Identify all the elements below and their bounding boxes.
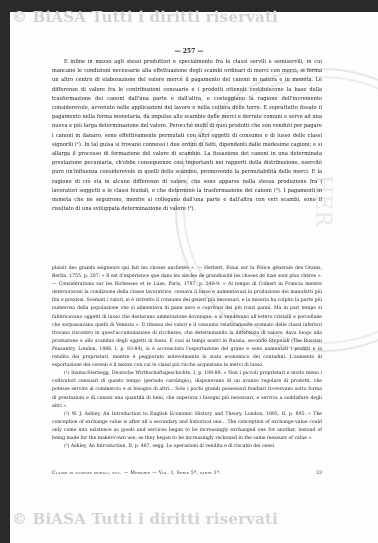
- page-footer: Classe di scienze morali, ecc. — Memorie…: [52, 471, 322, 476]
- copyright-watermark-top: © BiASA Tutti i diritti riservati: [12, 8, 278, 26]
- scan-border-left: [0, 0, 10, 543]
- footnote-2: (²) W. J. Ashley, An Introduction to Eng…: [52, 411, 322, 443]
- footnotes: plaisir des grands seigneurs qui fait le…: [52, 265, 322, 451]
- body-paragraph: E infine in mezzo agli stessi produttori…: [52, 58, 322, 214]
- page-number: — 257 —: [0, 48, 378, 55]
- footnote-continuation: plaisir des grands seigneurs qui fait le…: [52, 265, 322, 370]
- footer-signature: 33: [316, 471, 322, 476]
- footnote-3: (³) Ashley, An Introduction, II, p. 487,…: [52, 443, 322, 451]
- copyright-watermark-bottom: © BiASA Tutti i diritti riservati: [12, 510, 278, 528]
- footnote-1: (¹) Inama-Sternegg, Deutsche Wirthschaft…: [52, 370, 322, 410]
- body-text: E infine in mezzo agli stessi produttori…: [52, 58, 322, 214]
- footer-series: Classe di scienze morali, ecc. — Memorie…: [52, 471, 221, 476]
